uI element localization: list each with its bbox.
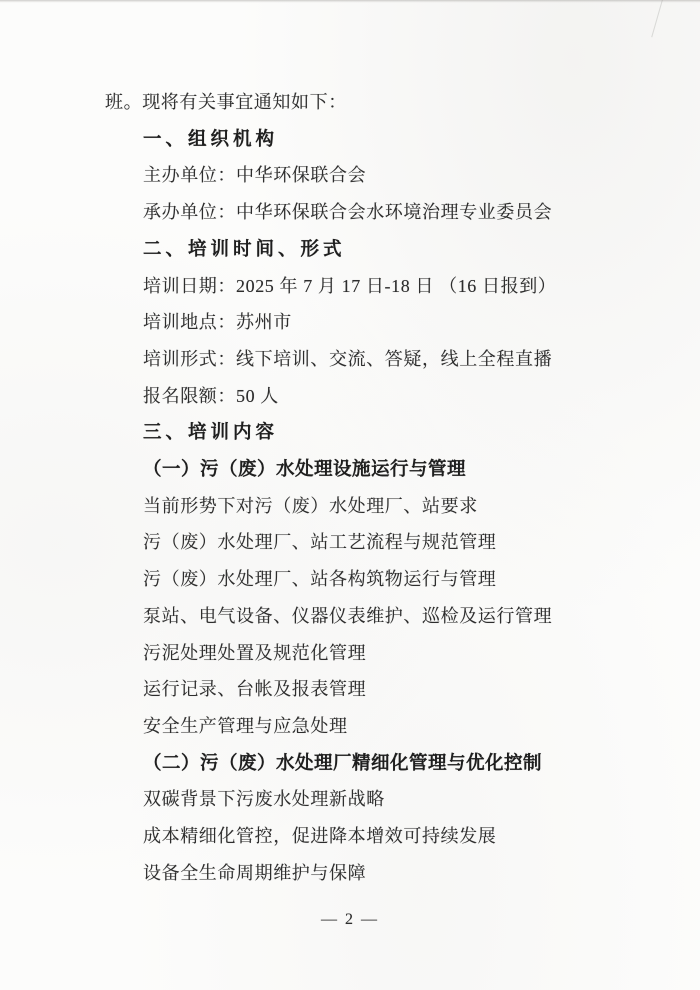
section-heading-2-time-format: 二、培训时间、形式 <box>105 231 660 268</box>
line-topic: 污泥处理处置及规范化管理 <box>105 635 660 672</box>
paragraph-continuation: 班。现将有关事宜通知如下： <box>105 84 660 121</box>
line-topic: 双碳背景下污废水处理新战略 <box>105 781 660 818</box>
line-undertaking-organization: 承办单位：中华环保联合会水环境治理专业委员会 <box>105 194 660 231</box>
line-topic: 污（废）水处理厂、站工艺流程与规范管理 <box>105 524 660 561</box>
line-topic: 安全生产管理与应急处理 <box>105 708 660 745</box>
line-training-location: 培训地点：苏州市 <box>105 304 660 341</box>
page-corner-edge-artifact <box>651 0 664 37</box>
document-body: 班。现将有关事宜通知如下： 一、组织机构 主办单位：中华环保联合会 承办单位：中… <box>105 84 660 891</box>
line-topic: 泵站、电气设备、仪器仪表维护、巡检及运行管理 <box>105 598 660 635</box>
page-number: — 2 — <box>321 911 379 928</box>
line-topic: 成本精细化管控，促进降本增效可持续发展 <box>105 818 660 855</box>
section-heading-3-content: 三、培训内容 <box>105 414 660 451</box>
line-topic: 运行记录、台帐及报表管理 <box>105 671 660 708</box>
line-topic: 设备全生命周期维护与保障 <box>105 855 660 892</box>
line-training-format: 培训形式：线下培训、交流、答疑，线上全程直播 <box>105 341 660 378</box>
line-host-organization: 主办单位：中华环保联合会 <box>105 157 660 194</box>
line-topic: 污（废）水处理厂、站各构筑物运行与管理 <box>105 561 660 598</box>
document-page: 班。现将有关事宜通知如下： 一、组织机构 主办单位：中华环保联合会 承办单位：中… <box>0 0 700 990</box>
line-training-date: 培训日期：2025 年 7 月 17 日-18 日 （16 日报到） <box>105 268 660 305</box>
line-topic: 当前形势下对污（废）水处理厂、站要求 <box>105 488 660 525</box>
subsection-heading-3-2: （二）污（废）水处理厂精细化管理与优化控制 <box>105 745 660 782</box>
line-enrollment-limit: 报名限额：50 人 <box>105 378 660 415</box>
subsection-heading-3-1: （一）污（废）水处理设施运行与管理 <box>105 451 660 488</box>
scan-edge-artifact <box>0 0 700 3</box>
section-heading-1-organization: 一、组织机构 <box>105 121 660 158</box>
page-footer: — 2 — <box>0 905 700 935</box>
